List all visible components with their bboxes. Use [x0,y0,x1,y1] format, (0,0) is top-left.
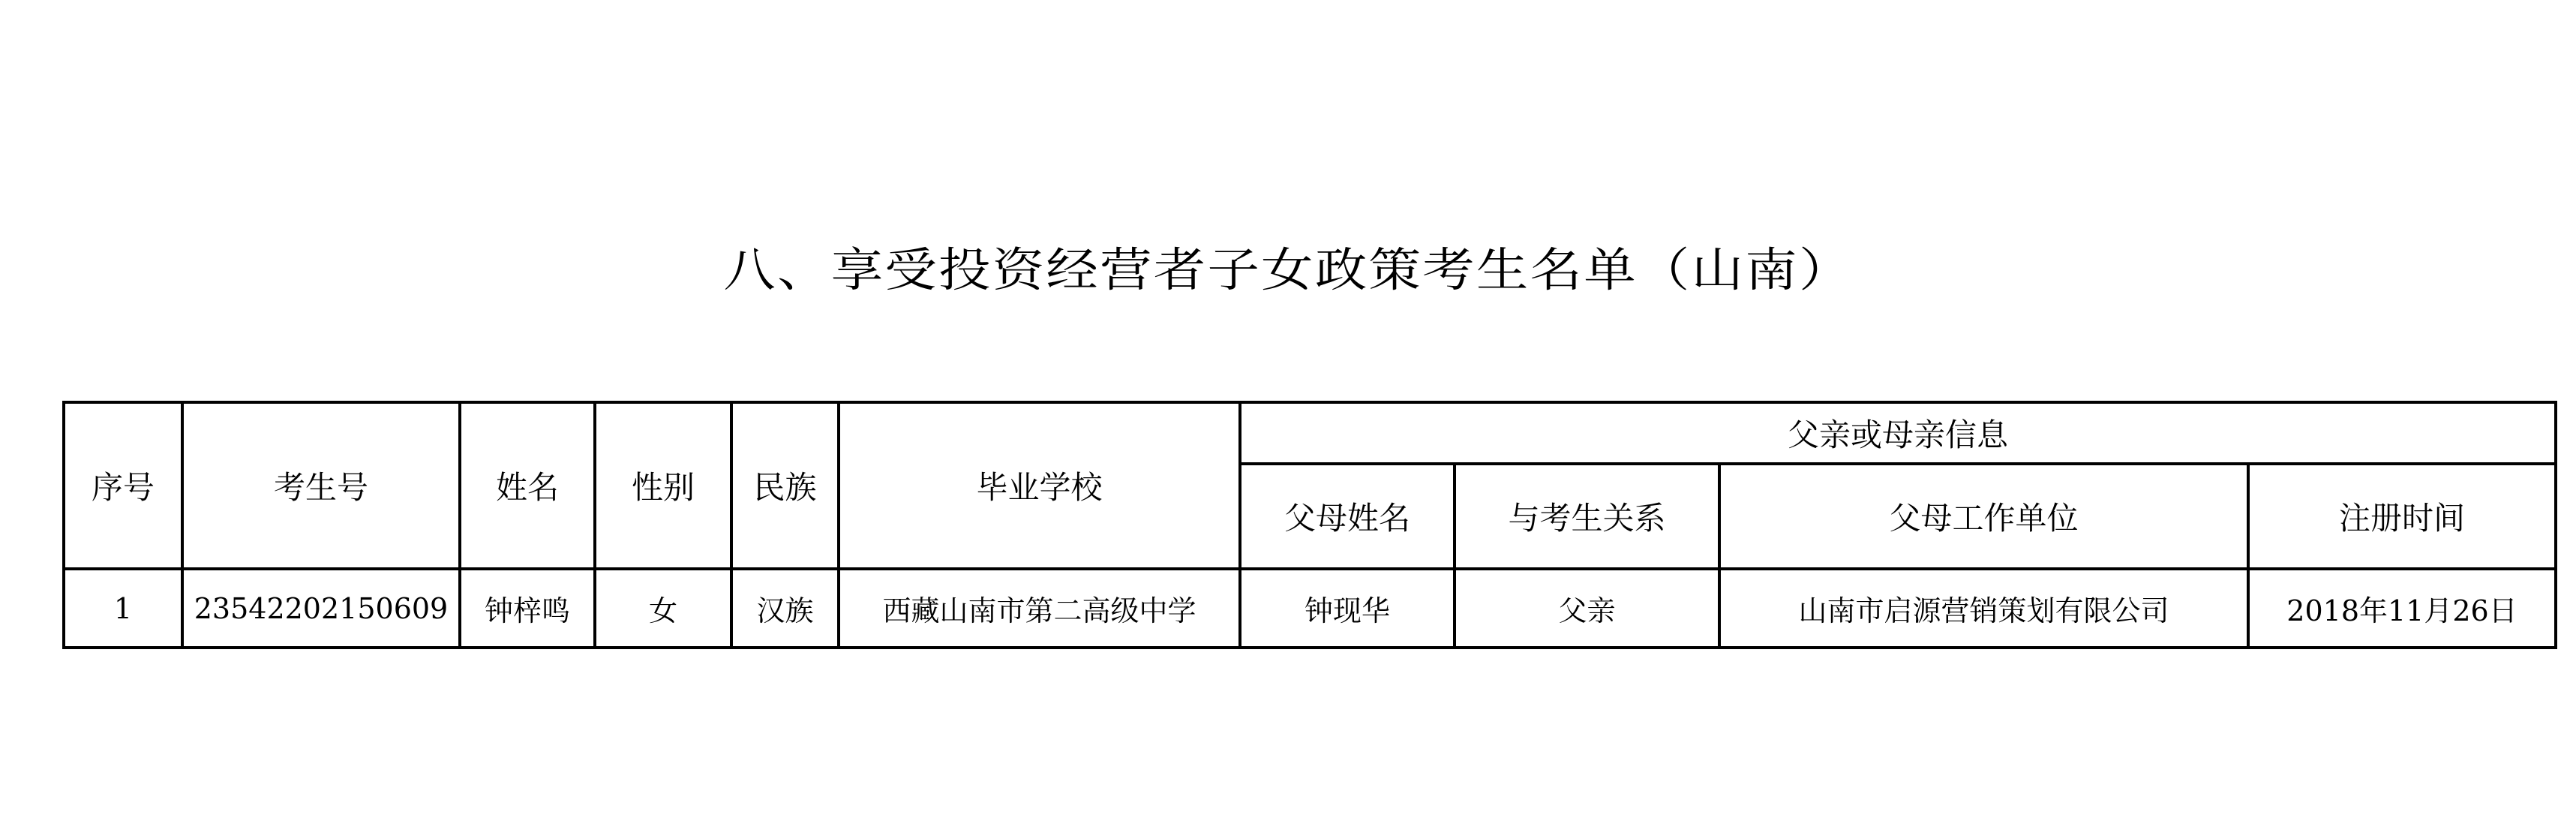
header-employer: 父母工作单位 [1719,464,2248,569]
cell-reg-date: 2018年11月26日 [2248,569,2556,648]
table-row: 1 23542202150609 钟梓鸣 女 汉族 西藏山南市第二高级中学 钟现… [64,569,2556,648]
header-row-group: 序号 考生号 姓名 性别 民族 毕业学校 父亲或母亲信息 [64,402,2556,464]
cell-school: 西藏山南市第二高级中学 [839,569,1240,648]
header-seq: 序号 [64,402,182,569]
header-ethnicity: 民族 [731,402,839,569]
cell-ethnicity: 汉族 [731,569,839,648]
header-name: 姓名 [460,402,595,569]
cell-gender: 女 [595,569,731,648]
header-school: 毕业学校 [839,402,1240,569]
header-reg-date: 注册时间 [2248,464,2556,569]
cell-parent-name: 钟现华 [1240,569,1455,648]
cell-employer: 山南市启源营销策划有限公司 [1719,569,2248,648]
header-parent-name: 父母姓名 [1240,464,1455,569]
page-title: 八、享受投资经营者子女政策考生名单（山南） [0,236,2576,304]
student-roster-table: 序号 考生号 姓名 性别 民族 毕业学校 父亲或母亲信息 父母姓名 与考生关系 … [62,401,2557,649]
header-relation: 与考生关系 [1455,464,1719,569]
cell-seq: 1 [64,569,182,648]
cell-relation: 父亲 [1455,569,1719,648]
header-exam-no: 考生号 [182,402,460,569]
header-gender: 性别 [595,402,731,569]
cell-exam-no: 23542202150609 [182,569,460,648]
header-parent-info-group: 父亲或母亲信息 [1240,402,2556,464]
cell-name: 钟梓鸣 [460,569,595,648]
